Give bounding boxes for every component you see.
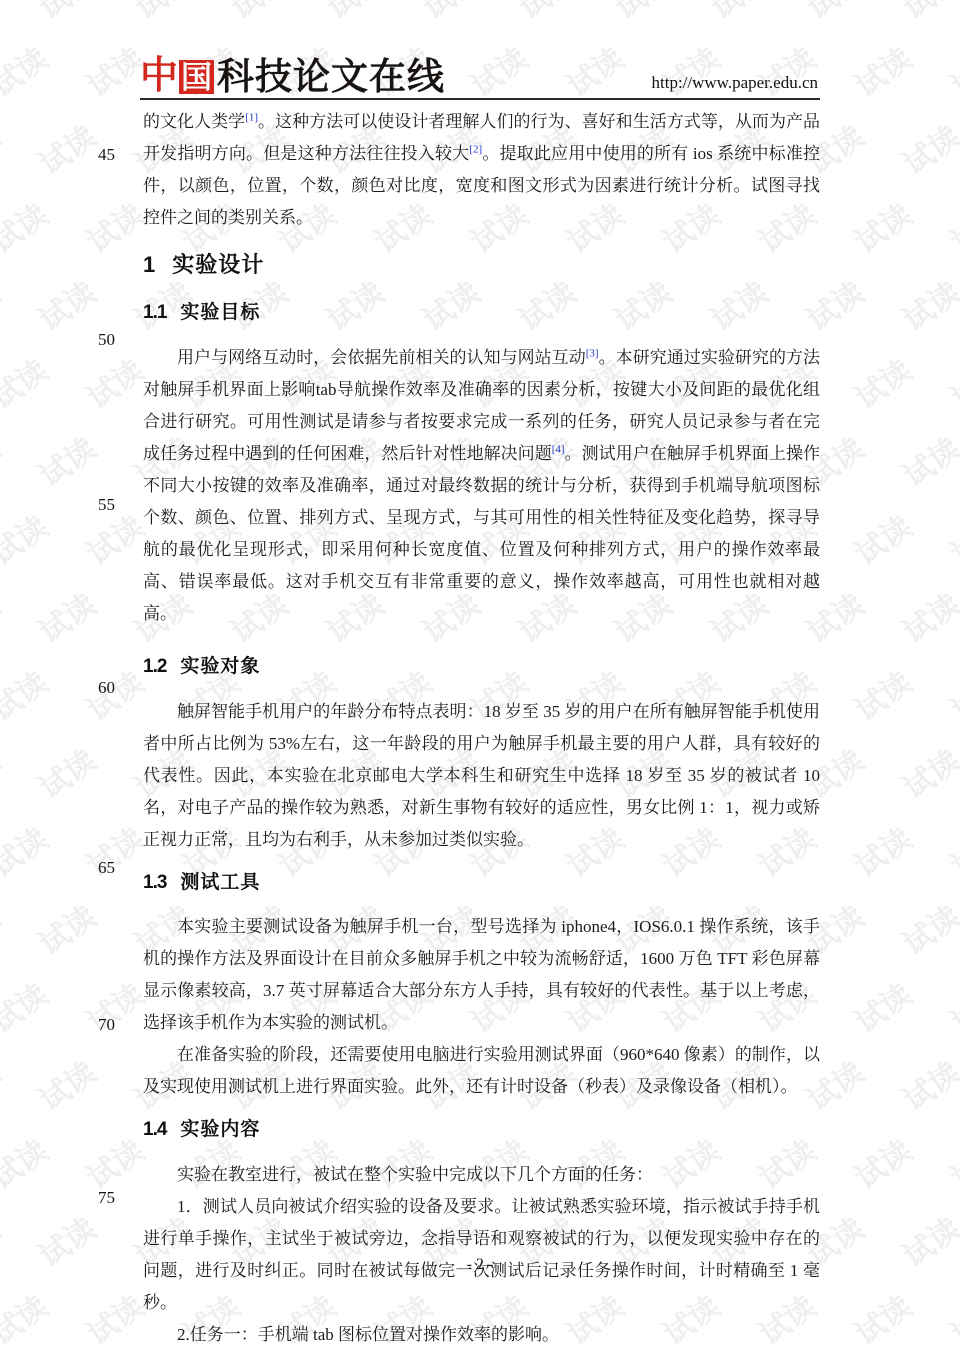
margin-line-number: 55 xyxy=(98,493,138,517)
paper-page: 试读试读试读试读试读试读试读试读试读试读试读试读试读试读试读试读试读试读试读试读… xyxy=(0,0,960,1357)
margin-line-number: 45 xyxy=(98,143,138,167)
margin-line-number: 65 xyxy=(98,856,138,880)
margin-line-number: 60 xyxy=(98,676,138,700)
margin-line-number: 75 xyxy=(98,1186,138,1210)
margin-line-number: 50 xyxy=(98,328,138,352)
line-number-layer: 45505560657075 xyxy=(0,0,960,1357)
margin-line-number: 70 xyxy=(98,1013,138,1037)
